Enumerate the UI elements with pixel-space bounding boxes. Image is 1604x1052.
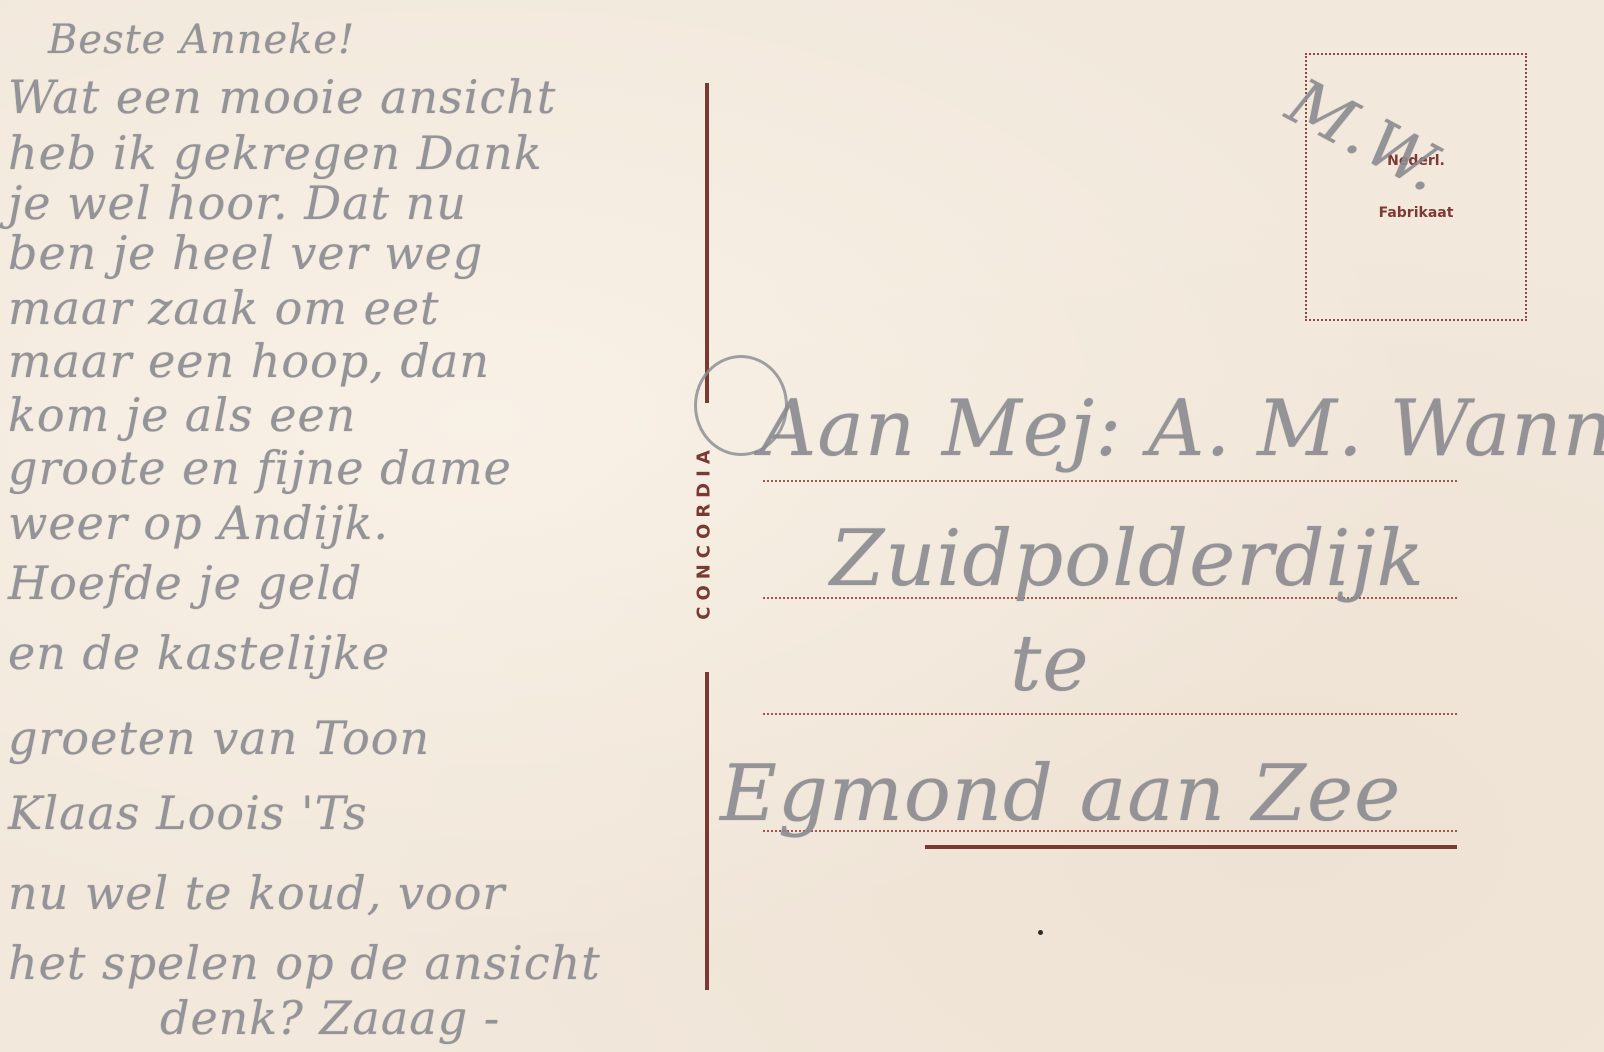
message-line: maar een hoop, dan: [8, 338, 490, 384]
address-line-1: [763, 480, 1457, 482]
message-line: het spelen op de ansicht: [8, 940, 601, 986]
message-line: nu wel te koud, voor: [8, 870, 505, 916]
message-line: je wel hoor. Dat nu: [8, 180, 467, 226]
address-line-3: [763, 713, 1457, 715]
message-line: groote en fijne dame: [8, 445, 512, 491]
message-line: en de kastelijke: [8, 630, 390, 676]
message-line: Wat een mooie ansicht: [8, 74, 556, 120]
message-line: weer op Andijk.: [8, 500, 389, 546]
address-te: te: [1010, 625, 1090, 703]
message-line: kom je als een: [8, 392, 356, 438]
address-underline: [925, 845, 1457, 849]
message-line: heb ik gekregen Dank: [8, 130, 543, 176]
address-city: Egmond aan Zee: [720, 755, 1401, 833]
paper-speck: [1038, 930, 1043, 935]
message-line: Hoefde je geld: [8, 560, 362, 606]
message-line: Klaas Loois 'Ts: [8, 790, 368, 836]
address-recipient: Aan Mej: A. M. Wanneck: [760, 390, 1604, 468]
stamp-text-fabrikaat: Fabrikaat: [1307, 205, 1525, 221]
divider-line-bottom: [705, 672, 709, 990]
message-greeting: Beste Anneke!: [48, 20, 355, 60]
divider-line-top: [705, 83, 709, 403]
address-street: Zuidpolderdijk: [830, 520, 1425, 598]
message-line: ben je heel ver weg: [8, 230, 483, 276]
message-line: denk? Zaaag -: [160, 995, 500, 1041]
message-line: maar zaak om eet: [8, 285, 440, 331]
brand-label: CONCORDIA: [694, 444, 715, 620]
message-line: groeten van Toon: [8, 715, 430, 761]
